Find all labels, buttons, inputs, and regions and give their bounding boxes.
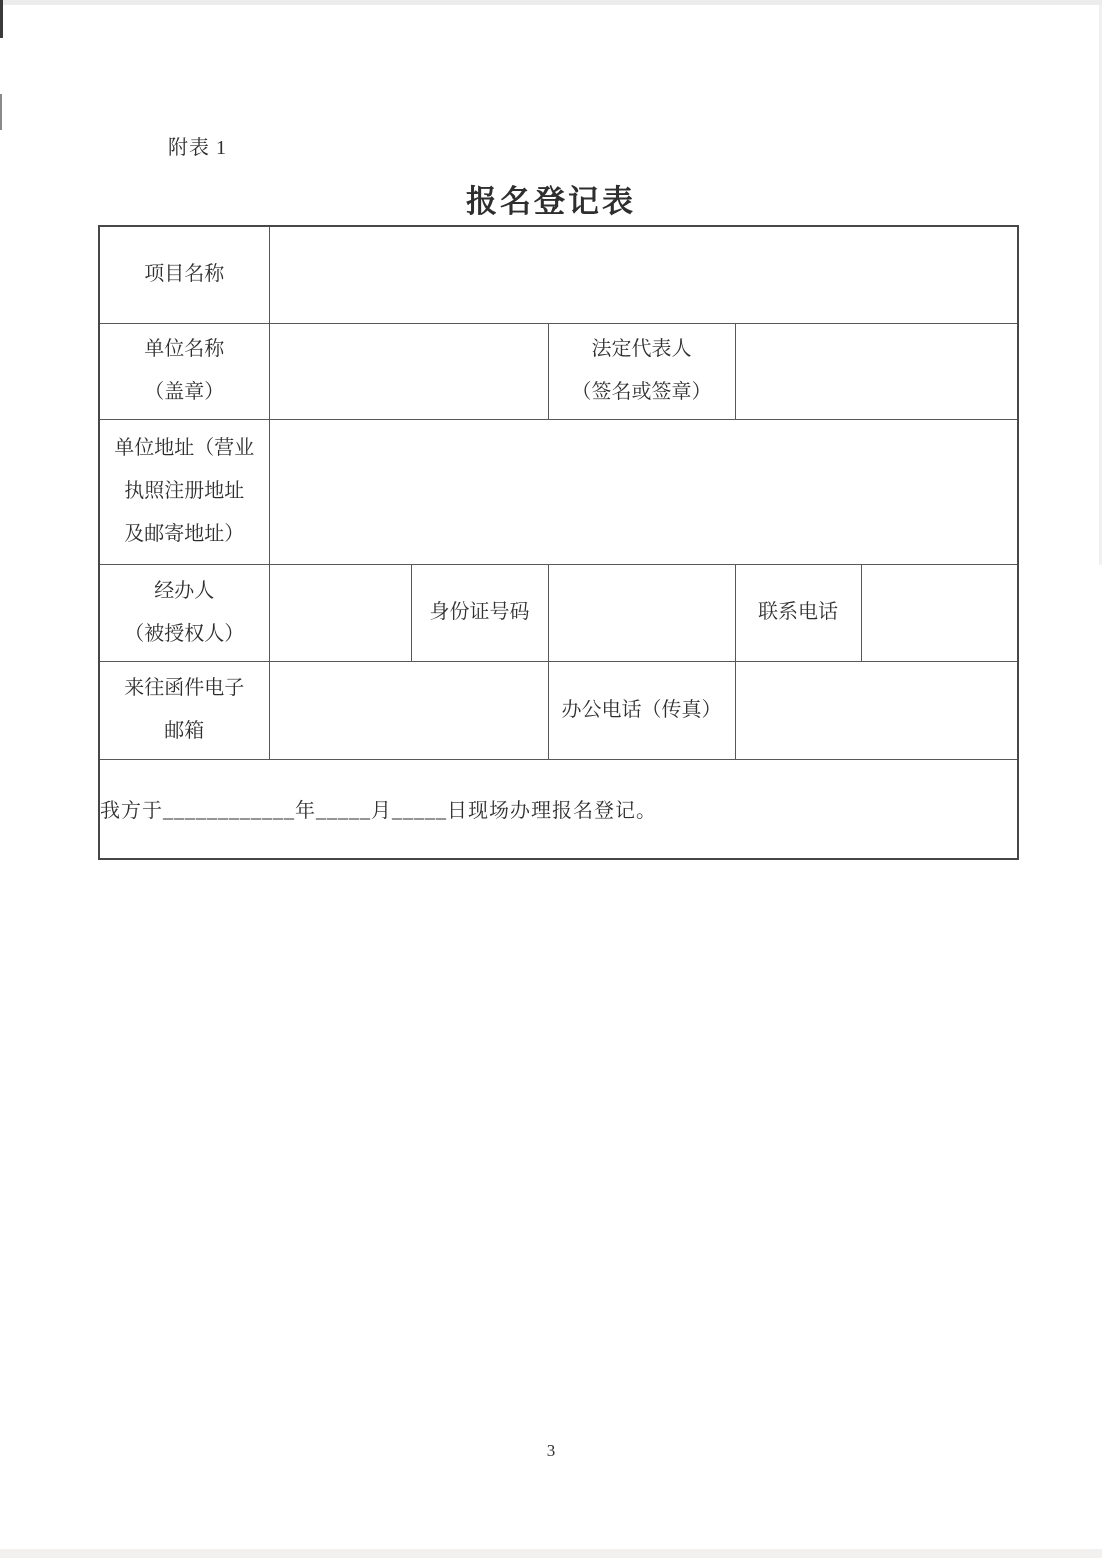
unit-address-label-line: 单位地址（营业 (100, 427, 269, 470)
scan-edge-top (0, 0, 1102, 5)
id-number-value-cell (548, 564, 735, 661)
agent-label-line: 经办人 (100, 570, 269, 613)
unit-address-label: 单位地址（营业 执照注册地址 及邮寄地址） (99, 419, 269, 564)
unit-name-value-cell (269, 323, 548, 419)
legal-rep-label-line: 法定代表人 (549, 328, 735, 371)
project-name-label: 项目名称 (99, 226, 269, 323)
unit-address-value-cell (269, 419, 1018, 564)
unit-name-label-line: 单位名称 (100, 328, 269, 371)
document-page: 附表 1 报名登记表 项目名称 单位名称 （盖章） 法定代表人 (0, 0, 1102, 1558)
contact-phone-label: 联系电话 (735, 564, 861, 661)
legal-rep-label-line: （签名或签章） (549, 371, 735, 414)
row-unit-address: 单位地址（营业 执照注册地址 及邮寄地址） (99, 419, 1018, 564)
unit-address-label-line: 及邮寄地址） (100, 513, 269, 556)
scan-edge-artifact (0, 94, 2, 130)
agent-value-cell (269, 564, 411, 661)
office-phone-value-cell (735, 661, 1018, 759)
unit-name-label-line: （盖章） (100, 371, 269, 414)
email-value-cell (269, 661, 548, 759)
agent-label: 经办人 （被授权人） (99, 564, 269, 661)
project-name-value-cell (269, 226, 1018, 323)
contact-phone-value-cell (861, 564, 1018, 661)
legal-rep-label: 法定代表人 （签名或签章） (548, 323, 735, 419)
id-number-label: 身份证号码 (411, 564, 548, 661)
registration-table: 项目名称 单位名称 （盖章） 法定代表人 （签名或签章） 单位地址（营业 执照注 (98, 225, 1019, 860)
office-phone-label: 办公电话（传真） (548, 661, 735, 759)
form-title: 报名登记表 (0, 176, 1102, 221)
unit-name-label: 单位名称 （盖章） (99, 323, 269, 419)
scan-edge-bottom (0, 1549, 1102, 1558)
attachment-label: 附表 1 (168, 131, 227, 160)
email-label-line: 来往函件电子 (100, 667, 269, 710)
scan-edge-artifact (0, 0, 3, 38)
email-label: 来往函件电子 邮箱 (99, 661, 269, 759)
row-unit-name: 单位名称 （盖章） 法定代表人 （签名或签章） (99, 323, 1018, 419)
agent-label-line: （被授权人） (100, 613, 269, 656)
page-number: 3 (0, 1441, 1102, 1461)
registration-statement: 我方于____________年_____月_____日现场办理报名登记。 (99, 759, 1018, 859)
legal-rep-value-cell (735, 323, 1018, 419)
email-label-line: 邮箱 (100, 710, 269, 753)
row-project-name: 项目名称 (99, 226, 1018, 323)
row-statement: 我方于____________年_____月_____日现场办理报名登记。 (99, 759, 1018, 859)
row-agent: 经办人 （被授权人） 身份证号码 联系电话 (99, 564, 1018, 661)
unit-address-label-line: 执照注册地址 (100, 470, 269, 513)
row-email: 来往函件电子 邮箱 办公电话（传真） (99, 661, 1018, 759)
